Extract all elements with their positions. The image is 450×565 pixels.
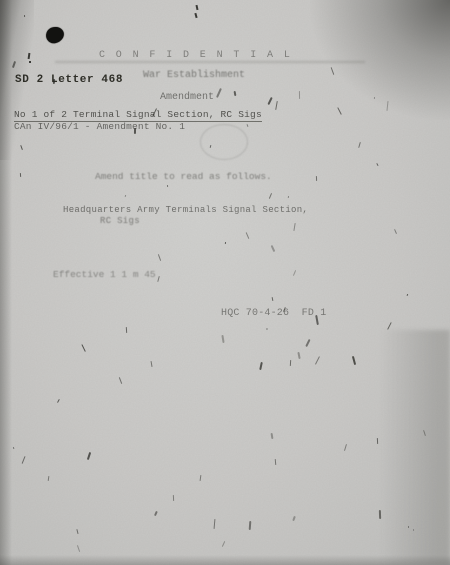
classification-stamp: C O N F I D E N T I A L: [99, 50, 292, 61]
film-speck: [246, 124, 248, 127]
film-speck: [275, 459, 277, 465]
film-speck: [408, 526, 409, 528]
film-speck: [173, 495, 175, 501]
film-speck: [20, 145, 23, 150]
film-speck: [57, 399, 60, 403]
new-title-line-2: RC Sigs: [100, 217, 140, 227]
film-speck: [293, 223, 295, 231]
film-speck: [167, 185, 168, 187]
scanned-document-page: C O N F I D E N T I A L SD 2 Letter 468 …: [0, 0, 450, 565]
film-speck: [292, 516, 296, 522]
film-speck: [214, 519, 216, 529]
film-speck: [259, 362, 263, 370]
film-speck: [119, 377, 123, 384]
instruction-line: Amend title to read as follows.: [95, 172, 272, 182]
scan-shadow-bottom-edge: [0, 555, 450, 565]
film-speck: [394, 229, 397, 234]
film-speck: [210, 145, 212, 148]
heading-war-establishment: War Establishment: [143, 70, 245, 81]
film-speck: [269, 193, 272, 199]
film-speck: [297, 352, 300, 359]
film-speck: [216, 88, 222, 98]
stray-mark: [194, 13, 197, 18]
film-speck: [305, 339, 310, 347]
film-speck: [221, 335, 224, 343]
film-speck: [76, 529, 78, 535]
effective-date-line: Effective 1 1 m 45: [53, 270, 156, 280]
film-speck: [352, 356, 356, 365]
film-speck: [21, 456, 25, 464]
film-speck: [48, 476, 50, 482]
film-speck: [337, 107, 342, 115]
new-title-line-1: Headquarters Army Terminals Signal Secti…: [63, 206, 308, 216]
film-speck: [77, 545, 80, 552]
film-speck: [157, 276, 160, 282]
film-speck: [413, 529, 414, 531]
file-reference-number: HQC 70-4-26 FD 1: [221, 308, 326, 319]
film-speck: [299, 91, 300, 99]
film-speck: [13, 447, 15, 449]
film-speck: [290, 360, 292, 366]
film-speck: [154, 511, 158, 516]
film-speck: [315, 356, 320, 364]
film-speck: [379, 510, 381, 519]
film-speck: [246, 232, 250, 239]
film-speck: [81, 344, 85, 351]
film-speck: [358, 142, 361, 148]
film-speck: [374, 97, 375, 99]
film-speck: [126, 327, 128, 333]
film-speck: [267, 97, 272, 105]
scan-shadow-left-edge: [0, 0, 12, 565]
film-speck: [331, 67, 335, 75]
ink-blot: [44, 25, 65, 45]
stray-mark: [29, 61, 31, 63]
film-speck: [24, 15, 25, 17]
film-speck: [222, 541, 226, 547]
film-speck: [200, 475, 202, 481]
amendment-number-line: CAn IV/96/1 - Amendment No. 1: [14, 122, 185, 132]
film-speck: [151, 361, 153, 367]
film-speck: [20, 173, 22, 177]
film-speck: [266, 328, 268, 330]
film-speck: [288, 196, 290, 198]
scan-shadow-right-band: [380, 330, 450, 565]
film-speck: [125, 195, 127, 197]
stray-mark: [196, 5, 199, 10]
heading-amendment: Amendment: [160, 92, 214, 103]
film-speck: [387, 101, 389, 111]
scan-shadow-top-right: [310, 0, 450, 120]
film-speck: [344, 444, 347, 451]
film-speck: [407, 294, 409, 296]
film-speck: [316, 176, 317, 181]
film-speck: [387, 322, 392, 329]
film-speck: [272, 297, 274, 301]
film-speck: [271, 433, 274, 439]
film-speck: [12, 61, 16, 68]
film-speck: [293, 270, 296, 276]
film-speck: [225, 242, 226, 244]
letter-reference: SD 2 Letter 468: [15, 74, 123, 86]
film-speck: [275, 101, 278, 110]
film-speck: [234, 91, 237, 96]
film-speck: [376, 163, 379, 167]
film-speck: [134, 128, 136, 134]
film-speck: [249, 521, 252, 530]
film-speck: [158, 254, 162, 261]
film-speck: [377, 438, 379, 444]
film-speck: [87, 452, 91, 460]
film-speck: [423, 430, 426, 436]
stray-mark: [28, 53, 31, 59]
scan-smear-line: [55, 61, 365, 63]
film-speck: [271, 245, 276, 252]
faint-stamp-ring: [200, 124, 248, 160]
